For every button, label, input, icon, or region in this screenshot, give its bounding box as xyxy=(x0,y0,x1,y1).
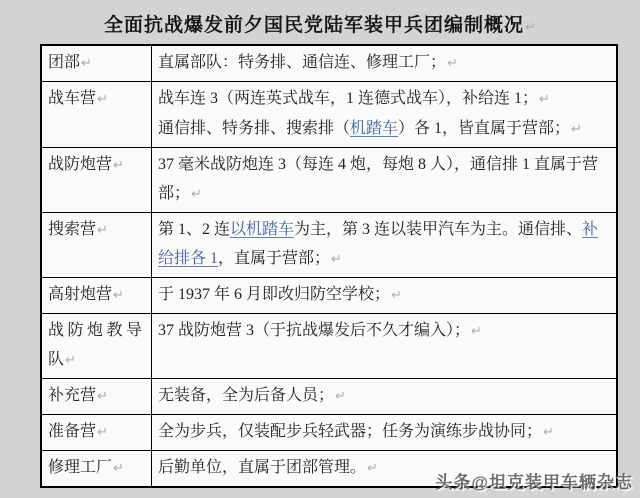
row-label: 战车营↵ xyxy=(42,82,152,147)
link-text[interactable]: 以机踏车 xyxy=(230,221,294,238)
row-label: 团部↵ xyxy=(42,46,152,81)
paragraph: 通信排、特务排、搜索排（机踏车）各 1，皆直属于营部；↵ xyxy=(158,114,611,144)
paragraph: 无装备，全为后备人员；↵ xyxy=(158,381,611,411)
table-row: 战防炮营↵37 毫米战防炮连 3（每连 4 炮，每炮 8 人），通信排 1 直属… xyxy=(42,147,616,212)
row-label: 高射炮营↵ xyxy=(42,278,152,313)
row-content: 于 1937 年 6 月即改归防空学校；↵ xyxy=(152,278,616,313)
row-label: 搜索营↵ xyxy=(42,213,152,277)
text-segment: 战车连 3（两连英式战车，1 连德式战车），补给连 1； xyxy=(158,90,538,107)
pilcrow-mark: ↵ xyxy=(470,324,482,339)
pilcrow-mark: ↵ xyxy=(112,461,124,476)
pilcrow-mark: ↵ xyxy=(112,288,124,303)
document-page: 全面抗战爆发前夕国民党陆军装甲兵团编制概况↵ 团部↵直属部队：特务排、通信连、修… xyxy=(0,0,640,498)
row-label-text: 修理工厂 xyxy=(48,459,112,476)
paragraph: 全为步兵，仅装配步兵轻武器；任务为演练步战协同；↵ xyxy=(158,417,611,447)
pilcrow-mark: ↵ xyxy=(570,122,582,137)
text-segment: 无装备，全为后备人员； xyxy=(158,387,334,404)
watermark: 头条@坦克装甲车辆杂志 xyxy=(435,468,633,493)
paragraph: 于 1937 年 6 月即改归防空学校；↵ xyxy=(158,280,611,310)
row-label-text: 战车营 xyxy=(48,90,96,107)
paragraph: 37 战防炮营 3（于抗战爆发后不久才编入）；↵ xyxy=(158,316,611,346)
row-label-text: 团部 xyxy=(48,54,80,71)
page-title-text: 全面抗战爆发前夕国民党陆军装甲兵团编制概况 xyxy=(104,15,524,36)
text-segment: 通信排、特务排、搜索排（ xyxy=(158,120,350,137)
row-label: 准备营↵ xyxy=(42,415,152,450)
row-label-text: 准备营 xyxy=(48,423,96,440)
table-row: 战防炮教导队↵37 战防炮营 3（于抗战爆发后不久才编入）；↵ xyxy=(42,313,616,378)
pilcrow-mark: ↵ xyxy=(96,389,108,404)
pilcrow-mark: ↵ xyxy=(96,223,108,238)
row-label-text: 战防炮教导队 xyxy=(48,322,142,368)
paragraph: 战车连 3（两连英式战车，1 连德式战车），补给连 1；↵ xyxy=(158,84,611,114)
table-row: 战车营↵战车连 3（两连英式战车，1 连德式战车），补给连 1；↵通信排、特务排… xyxy=(42,81,616,147)
row-label-text: 高射炮营 xyxy=(48,286,112,303)
paragraph: 第 1、2 连以机踏车为主，第 3 连以装甲汽车为主。通信排、补给排各 1，直属… xyxy=(158,215,611,274)
row-label: 战防炮教导队↵ xyxy=(42,314,152,378)
text-segment: 于 1937 年 6 月即改归防空学校； xyxy=(158,286,390,303)
text-segment: 全为步兵，仅装配步兵轻武器；任务为演练步战协同； xyxy=(158,423,542,440)
pilcrow-mark: ↵ xyxy=(390,288,402,303)
text-segment: ，直属于营部； xyxy=(218,250,330,267)
row-label-text: 搜索营 xyxy=(48,221,96,238)
text-segment: 37 战防炮营 3（于抗战爆发后不久才编入）； xyxy=(158,322,470,339)
pilcrow-mark: ↵ xyxy=(96,425,108,440)
pilcrow-mark: ↵ xyxy=(366,461,378,476)
pilcrow-mark: ↵ xyxy=(190,187,202,202)
row-label: 修理工厂↵ xyxy=(42,451,152,486)
text-segment: 37 毫米战防炮连 3（每连 4 炮，每炮 8 人），通信排 1 直属于营部； xyxy=(158,156,598,202)
org-table: 团部↵直属部队：特务排、通信连、修理工厂；↵战车营↵战车连 3（两连英式战车，1… xyxy=(40,44,618,488)
row-content: 战车连 3（两连英式战车，1 连德式战车），补给连 1；↵通信排、特务排、搜索排… xyxy=(152,82,616,147)
row-label: 战防炮营↵ xyxy=(42,148,152,212)
pilcrow-mark: ↵ xyxy=(112,158,124,173)
page-title: 全面抗战爆发前夕国民党陆军装甲兵团编制概况↵ xyxy=(0,10,640,37)
pilcrow-mark: ↵ xyxy=(80,56,92,71)
table-row: 补充营↵无装备，全为后备人员；↵ xyxy=(42,378,616,414)
row-content: 直属部队：特务排、通信连、修理工厂；↵ xyxy=(152,46,616,81)
pilcrow-mark: ↵ xyxy=(446,56,458,71)
table-row: 高射炮营↵于 1937 年 6 月即改归防空学校；↵ xyxy=(42,277,616,313)
table-row: 搜索营↵第 1、2 连以机踏车为主，第 3 连以装甲汽车为主。通信排、补给排各 … xyxy=(42,212,616,277)
pilcrow-mark: ↵ xyxy=(538,92,550,107)
pilcrow-mark: ↵ xyxy=(96,92,108,107)
paragraph: 37 毫米战防炮连 3（每连 4 炮，每炮 8 人），通信排 1 直属于营部；↵ xyxy=(158,150,611,209)
pilcrow-mark: ↵ xyxy=(524,20,536,35)
table-row: 准备营↵全为步兵，仅装配步兵轻武器；任务为演练步战协同；↵ xyxy=(42,414,616,450)
pilcrow-mark: ↵ xyxy=(330,252,342,267)
row-content: 37 战防炮营 3（于抗战爆发后不久才编入）；↵ xyxy=(152,314,616,378)
pilcrow-mark: ↵ xyxy=(542,425,554,440)
row-label: 补充营↵ xyxy=(42,379,152,414)
row-content: 37 毫米战防炮连 3（每连 4 炮，每炮 8 人），通信排 1 直属于营部；↵ xyxy=(152,148,616,212)
row-label-text: 补充营 xyxy=(48,387,96,404)
text-segment: ）各 1，皆直属于营部； xyxy=(398,120,570,137)
row-label-text: 战防炮营 xyxy=(48,156,112,173)
pilcrow-mark: ↵ xyxy=(64,353,76,368)
text-segment: 直属部队：特务排、通信连、修理工厂； xyxy=(158,54,446,71)
pilcrow-mark: ↵ xyxy=(334,389,346,404)
text-segment: 第 1、2 连 xyxy=(158,221,230,238)
text-segment: 后勤单位，直属于团部管理。 xyxy=(158,459,366,476)
row-content: 无装备，全为后备人员；↵ xyxy=(152,379,616,414)
row-content: 全为步兵，仅装配步兵轻武器；任务为演练步战协同；↵ xyxy=(152,415,616,450)
table-row: 团部↵直属部队：特务排、通信连、修理工厂；↵ xyxy=(42,46,616,81)
paragraph: 直属部队：特务排、通信连、修理工厂；↵ xyxy=(158,48,611,78)
link-text[interactable]: 机踏车 xyxy=(350,120,398,137)
text-segment: 为主，第 3 连以装甲汽车为主。通信排、 xyxy=(294,221,582,238)
row-content: 第 1、2 连以机踏车为主，第 3 连以装甲汽车为主。通信排、补给排各 1，直属… xyxy=(152,213,616,277)
